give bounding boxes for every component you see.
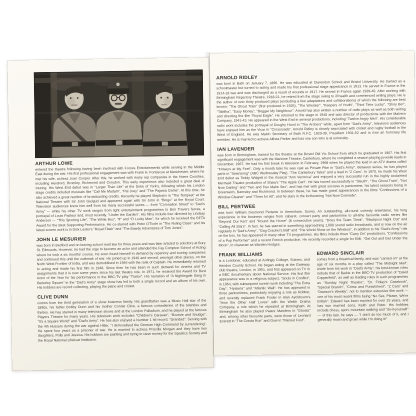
right-page: ARNOLD RIDLEY was born in Bath on Januar… xyxy=(210,51,416,356)
bio-text-arthur-lowe: entered the theatre following having bee… xyxy=(35,165,205,233)
left-page: ARTHUR LOWE entered the theatre followin… xyxy=(8,57,214,370)
column-frank-williams: FRANK WILLIAMS is a Londoner, educated a… xyxy=(219,247,311,324)
bio-text-edward-sinclair: comes from a theatrical family, and was … xyxy=(317,256,409,322)
bio-text-bill-pertwee: was born William Desmond Pertwee in Amer… xyxy=(218,208,408,248)
two-column-section: FRANK WILLIAMS is a Londoner, educated a… xyxy=(219,245,409,324)
bio-text-john-le-mesurier: was born in Bedford and on leaving schoo… xyxy=(36,241,206,290)
bio-text-clive-dunn: comes from the third generation of a sho… xyxy=(37,299,207,343)
booklet-spread: ARTHUR LOWE entered the theatre followin… xyxy=(0,0,416,416)
bio-text-frank-williams: is a Londoner, educated at Ardingly Coll… xyxy=(219,258,311,324)
column-edward-sinclair: EDWARD SINCLAIR comes from a theatrical … xyxy=(317,245,409,322)
bio-text-ian-lavender: was born in Birmingham, trained for the … xyxy=(217,151,407,200)
bio-text-arnold-ridley: was born in Bath on January 7, 1896. He … xyxy=(216,79,406,142)
cast-photo xyxy=(34,70,204,159)
